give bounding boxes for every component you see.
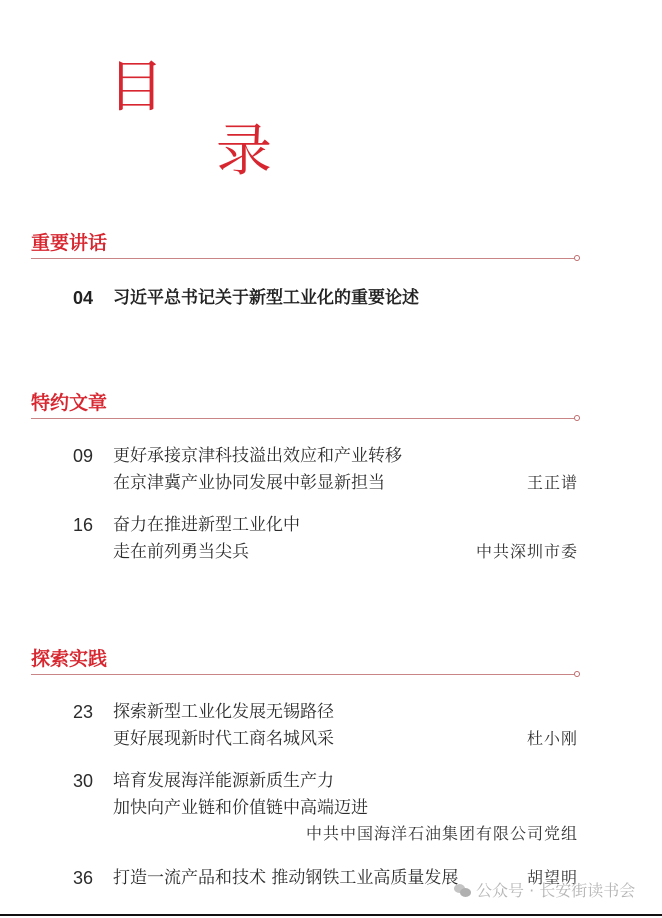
entry-author: 杜小刚 [527,726,578,752]
page-title-char: 录 [216,120,272,184]
section-label: 重要讲话 [31,231,107,255]
entry-title-line: 更好展现新时代工商名城风采 [113,726,334,752]
section-divider [31,418,574,419]
page-title-char: 目 [108,56,164,120]
entry-title-line: 探索新型工业化发展无锡路径 [113,699,334,725]
entry-author: 王正谱 [527,470,578,496]
entry-page-number: 16 [73,512,93,538]
section-label: 特约文章 [31,391,107,415]
section-divider [31,258,574,259]
page-title: 目 录 [108,0,144,184]
divider-end-circle-icon [574,671,580,677]
entry-page-number: 23 [73,699,93,725]
divider-end-circle-icon [574,255,580,261]
watermark-text: 公众号 · 长安街读书会 [476,879,635,903]
section-label: 探索实践 [31,647,107,671]
entry-title-line: 习近平总书记关于新型工业化的重要论述 [113,285,419,311]
wechat-icon [454,883,472,899]
bottom-border [0,914,662,916]
entry-page-number: 36 [73,865,93,891]
entry-title-line: 奋力在推进新型工业化中 [113,512,300,538]
section-divider [31,674,574,675]
entry-title-line: 加快向产业链和价值链中高端迈进 [113,795,368,821]
entry-title-line: 在京津冀产业协同发展中彰显新担当 [113,470,385,496]
entry-title-line: 培育发展海洋能源新质生产力 [113,768,334,794]
entry-author: 中共中国海洋石油集团有限公司党组 [306,821,578,847]
entry-author: 中共深圳市委 [476,539,578,565]
entry-title-line: 打造一流产品和技术 推动钢铁工业高质量发展 [113,865,458,891]
entry-page-number: 30 [73,768,93,794]
watermark: 公众号 · 长安街读书会 [454,879,635,903]
entry-title-line: 走在前列勇当尖兵 [113,539,249,565]
entry-title-line: 更好承接京津科技溢出效应和产业转移 [113,443,402,469]
entry-page-number: 09 [73,443,93,469]
entry-page-number: 04 [73,285,93,311]
divider-end-circle-icon [574,415,580,421]
